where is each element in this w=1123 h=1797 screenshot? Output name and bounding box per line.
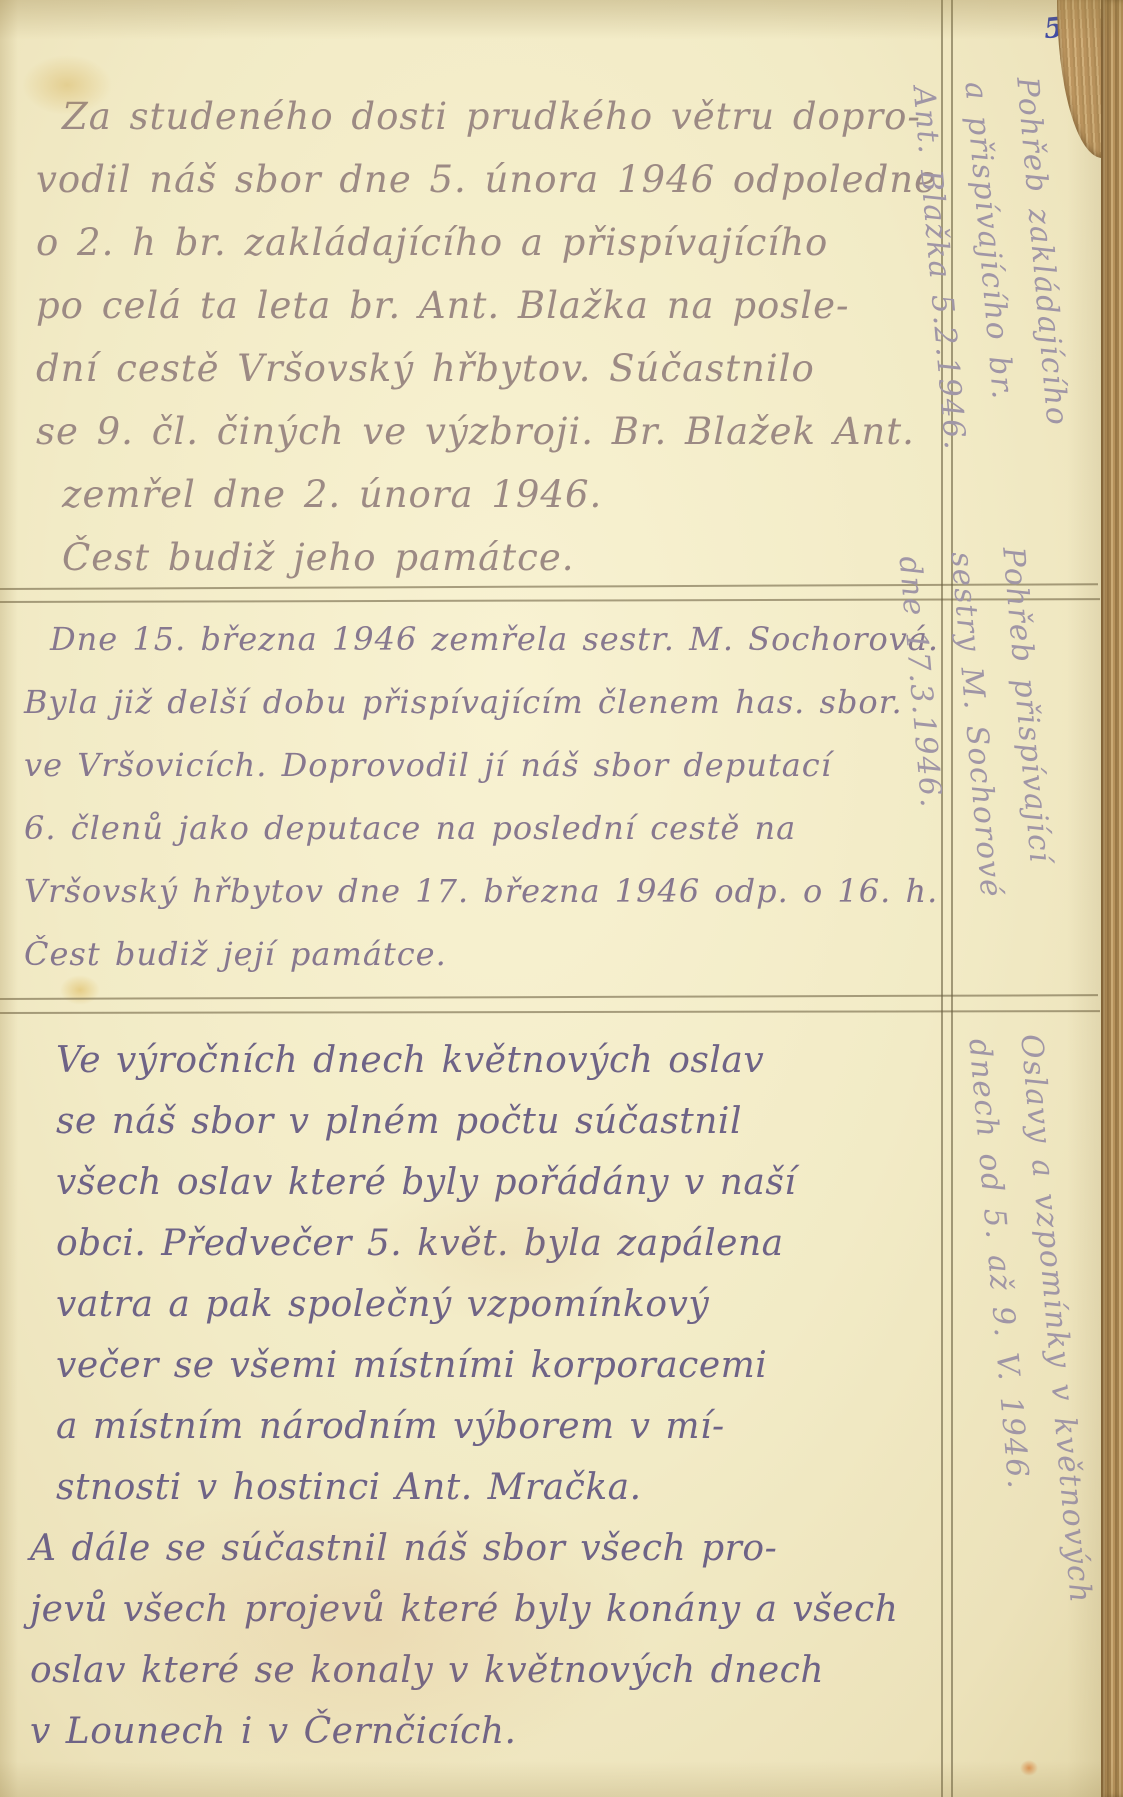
book-spine-corner [1057,0,1105,158]
handwritten-line: ve Vršovicích. Doprovodil jí náš sbor de… [24,734,939,797]
margin-note-celebrations: Oslavy a vzpomínky v květnových dnech od… [952,1032,1105,1611]
entry-funeral-sochorova: Dne 15. března 1946 zemřela sestr. M. So… [24,608,939,986]
handwritten-line: Ve výročních dnech květnových oslav [30,1030,898,1091]
section-divider [0,994,1098,999]
handwritten-line: Čest budiž jeho památce. [36,526,937,589]
handwritten-line: Byla již delší dobu přispívajícím členem… [24,671,939,734]
handwritten-line: Čest budiž její památce. [24,923,939,986]
handwritten-line: a místním národním výborem v mí- [30,1396,898,1457]
handwritten-line: o 2. h br. zakládajícího a přispívajícíh… [36,211,937,274]
section-divider [0,1010,1100,1013]
handwritten-line: po celá ta leta br. Ant. Blažka na posle… [36,274,937,337]
paper-stain [1020,1760,1038,1776]
handwritten-line: A dále se súčastnil náš sbor všech pro- [30,1518,898,1579]
handwritten-line: Za studeného dosti prudkého větru dopro- [36,85,937,148]
handwritten-line: vodil náš sbor dne 5. února 1946 odpoled… [36,148,937,211]
handwritten-line: večer se všemi místními korporacemi [30,1335,898,1396]
handwritten-line: zemřel dne 2. února 1946. [36,463,937,526]
handwritten-line: v Lounech i v Černčicích. [30,1701,898,1762]
handwritten-line: všech oslav které byly pořádány v naší [30,1152,898,1213]
handwritten-line: se náš sbor v plném počtu súčastnil [30,1091,898,1152]
handwritten-line: oslav které se konaly v květnových dnech [30,1640,898,1701]
chronicle-page: 54. Za studeného dosti prudkého větru do… [0,0,1123,1797]
margin-note-sochorova: Pohřeb přispívající sestry M. Sochorové … [883,545,1069,905]
handwritten-line: jevů všech projevů které byly konány a v… [30,1579,898,1640]
handwritten-line: obci. Předvečer 5. květ. byla zapálena [30,1213,898,1274]
handwritten-line: vatra a pak společný vzpomínkový [30,1274,898,1335]
handwritten-line: se 9. čl. činých ve výzbroji. Br. Blažek… [36,400,937,463]
entry-may-celebrations: Ve výročních dnech květnových oslav se n… [30,1030,898,1762]
handwritten-line: 6. členů jako deputace na poslední cestě… [24,797,939,860]
book-spine-edge [1101,0,1123,1797]
margin-note-blazek: Pohřeb zakládajícího a přispívajícího br… [897,75,1084,453]
handwritten-line: dní cestě Vršovský hřbytov. Súčastnilo [36,337,937,400]
entry-funeral-blazek: Za studeného dosti prudkého větru dopro-… [36,85,937,589]
handwritten-line: Vršovský hřbytov dne 17. března 1946 odp… [24,860,939,923]
handwritten-line: Dne 15. března 1946 zemřela sestr. M. So… [24,608,939,671]
handwritten-line: stnosti v hostinci Ant. Mračka. [30,1457,898,1518]
